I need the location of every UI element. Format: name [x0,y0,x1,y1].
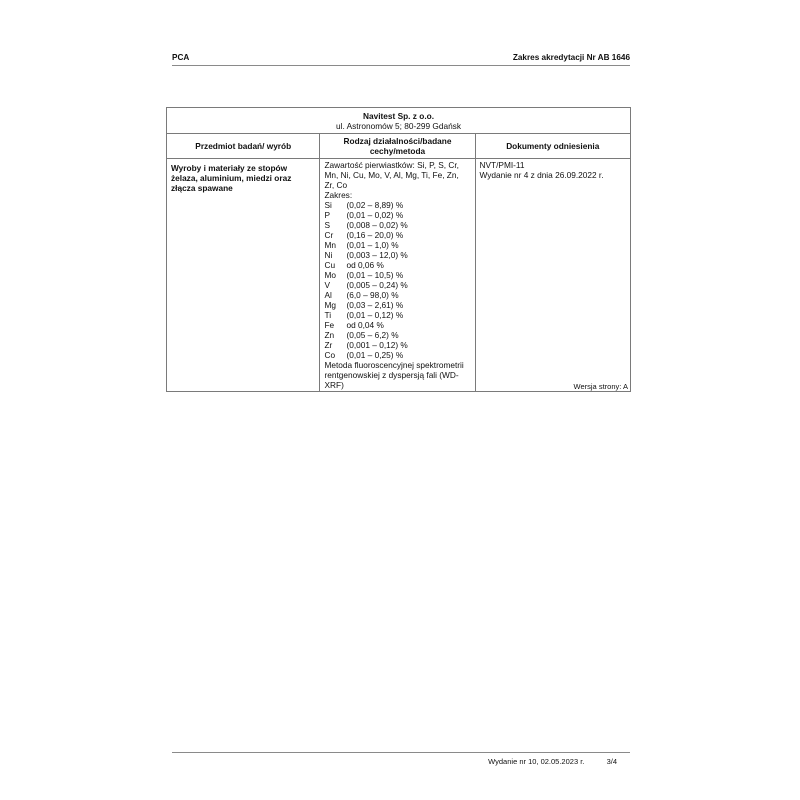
column-header-documents: Dokumenty odniesienia [475,134,630,159]
range-element: Cu [324,260,346,270]
range-value: (0,16 – 20,0) % [346,230,403,240]
documents-cell: NVT/PMI-11 Wydanie nr 4 z dnia 26.09.202… [475,159,630,392]
range-element: Si [324,200,346,210]
range-element: P [324,210,346,220]
range-element: V [324,280,346,290]
product-cell: Wyroby i materiały ze stopów żelaza, alu… [167,159,320,392]
column-header-product: Przedmiot badań/ wyrób [167,134,320,159]
range-row: Ni(0,003 – 12,0) % [324,250,470,260]
range-row: P(0,01 – 0,02) % [324,210,470,220]
accreditation-scope-table: Navitest Sp. z o.o. ul. Astronomów 5; 80… [166,107,631,392]
range-element: Al [324,290,346,300]
organization-cell: Navitest Sp. z o.o. ul. Astronomów 5; 80… [167,108,631,134]
range-value: (0,02 – 8,89) % [346,200,403,210]
range-value: od 0,04 % [346,320,383,330]
column-header-row: Przedmiot badań/ wyrób Rodzaj działalnoś… [167,134,631,159]
range-row: Cuod 0,06 % [324,260,470,270]
range-value: (0,01 – 10,5) % [346,270,403,280]
range-value: (0,05 – 6,2) % [346,330,398,340]
footer-divider [172,752,630,753]
range-row: Feod 0,04 % [324,320,470,330]
range-element: Co [324,350,346,360]
range-row: Co(0,01 – 0,25) % [324,350,470,360]
range-value: (0,01 – 0,12) % [346,310,403,320]
range-element: Zn [324,330,346,340]
range-value: (0,001 – 0,12) % [346,340,407,350]
range-row: S(0,008 – 0,02) % [324,220,470,230]
range-value: od 0,06 % [346,260,383,270]
organization-name: Navitest Sp. z o.o. [171,111,626,121]
document-code: NVT/PMI-11 [480,160,626,170]
organization-row: Navitest Sp. z o.o. ul. Astronomów 5; 80… [167,108,631,134]
range-value: (0,003 – 12,0) % [346,250,407,260]
method-cell: Zawartość pierwiastków: Si, P, S, Cr, Mn… [320,159,475,392]
range-value: (0,01 – 0,02) % [346,210,403,220]
range-element: Cr [324,230,346,240]
table-row: Wyroby i materiały ze stopów żelaza, alu… [167,159,631,392]
organization-address: ul. Astronomów 5; 80-299 Gdańsk [171,121,626,131]
footer-edition: Wydanie nr 10, 02.05.2023 r. 3/4 [488,757,617,766]
range-row: Ti(0,01 – 0,12) % [324,310,470,320]
range-row: Al(6,0 – 98,0) % [324,290,470,300]
range-value: (0,03 – 2,61) % [346,300,403,310]
range-row: Zn(0,05 – 6,2) % [324,330,470,340]
page-version: Wersja strony: A [574,382,628,391]
column-header-activity: Rodzaj działalności/badane cechy/metoda [320,134,475,159]
range-element: Ni [324,250,346,260]
document-edition: Wydanie nr 4 z dnia 26.09.2022 r. [480,170,626,180]
range-row: Cr(0,16 – 20,0) % [324,230,470,240]
content-intro: Zawartość pierwiastków: Si, P, S, Cr, Mn… [324,160,470,190]
range-element: Fe [324,320,346,330]
range-row: Mo(0,01 – 10,5) % [324,270,470,280]
range-value: (6,0 – 98,0) % [346,290,398,300]
range-element: Mo [324,270,346,280]
range-value: (0,008 – 0,02) % [346,220,407,230]
range-element: Zr [324,340,346,350]
range-element: Mg [324,300,346,310]
page-header: PCA Zakres akredytacji Nr AB 1646 [172,53,630,66]
range-row: Si(0,02 – 8,89) % [324,200,470,210]
range-element: S [324,220,346,230]
method-description: Metoda fluoroscencyjnej spektrometrii re… [324,360,470,390]
range-list: Si(0,02 – 8,89) %P(0,01 – 0,02) %S(0,008… [324,200,470,360]
range-value: (0,005 – 0,24) % [346,280,407,290]
range-row: Mg(0,03 – 2,61) % [324,300,470,310]
range-element: Ti [324,310,346,320]
header-accreditation-scope: Zakres akredytacji Nr AB 1646 [513,53,630,62]
range-row: V(0,005 – 0,24) % [324,280,470,290]
range-value: (0,01 – 0,25) % [346,350,403,360]
range-row: Zr(0,001 – 0,12) % [324,340,470,350]
range-row: Mn(0,01 – 1,0) % [324,240,470,250]
footer-page-number: 3/4 [607,757,617,766]
range-element: Mn [324,240,346,250]
range-value: (0,01 – 1,0) % [346,240,398,250]
footer-edition-text: Wydanie nr 10, 02.05.2023 r. [488,757,584,766]
range-label: Zakres: [324,190,470,200]
header-org-abbrev: PCA [172,53,189,62]
